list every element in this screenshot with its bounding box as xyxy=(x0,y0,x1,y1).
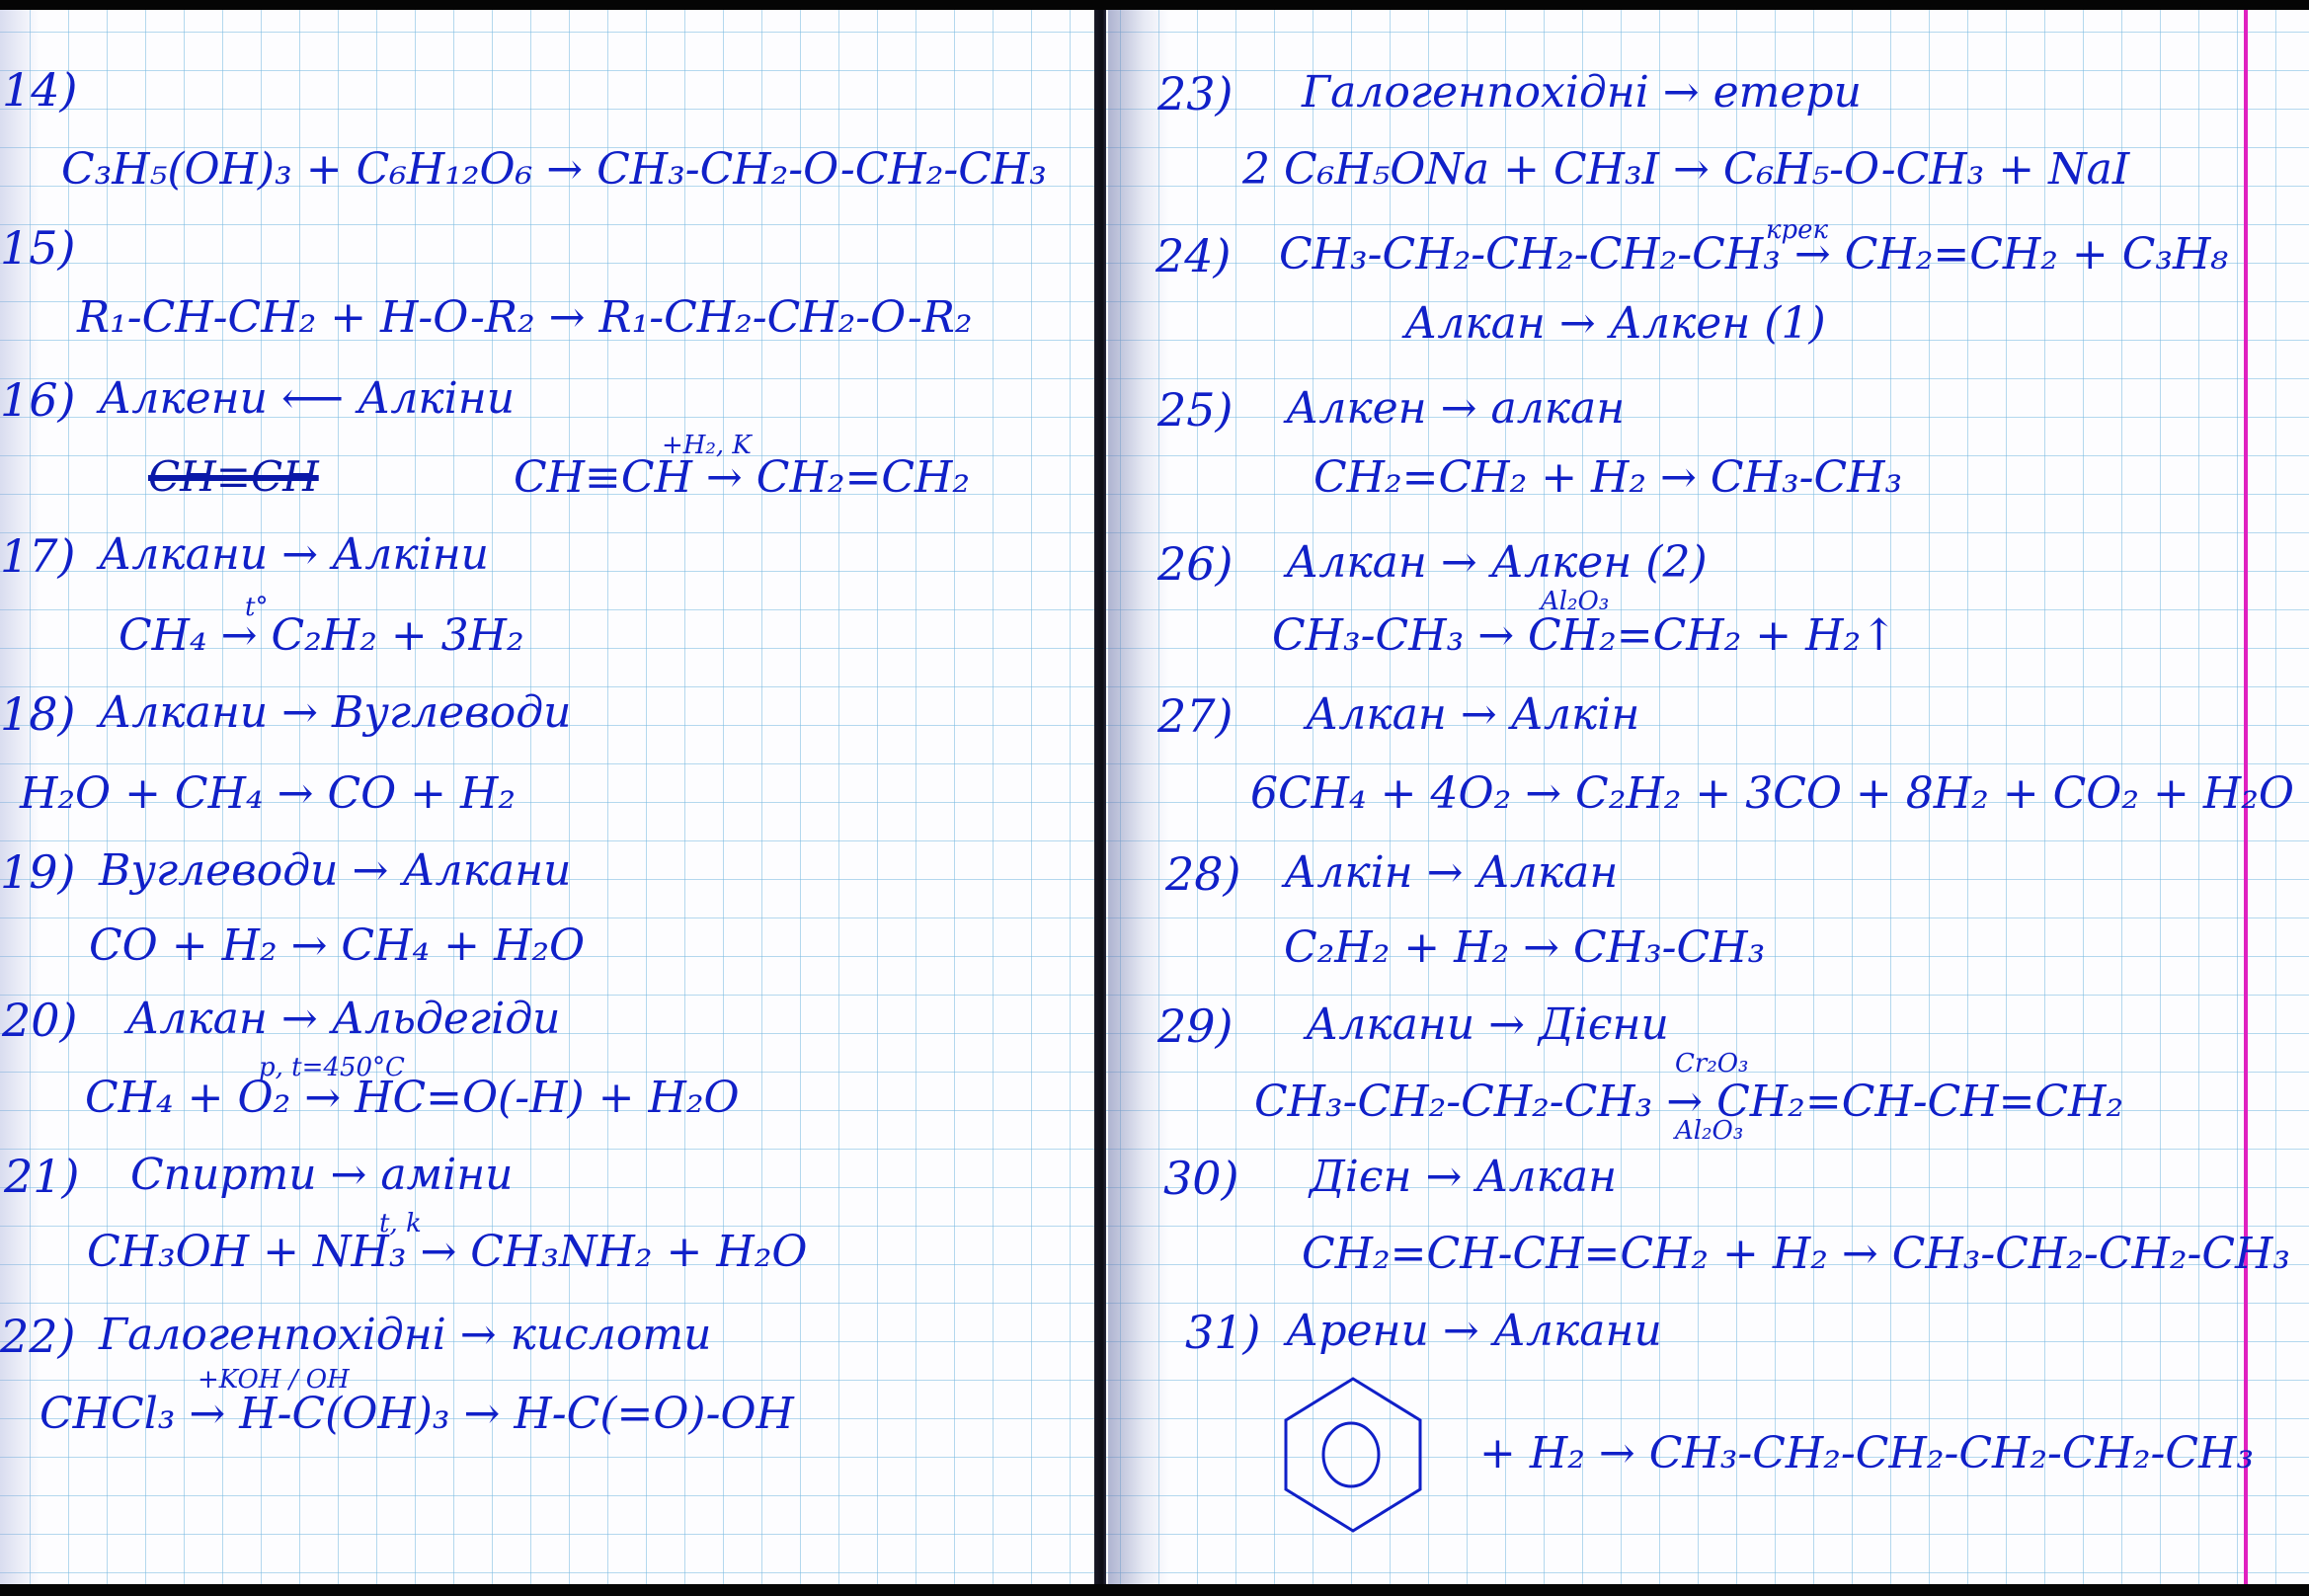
entry-equation: CHCl₃ → H-C(OH)₃ → H-C(=O)-OH xyxy=(40,1393,794,1436)
entry-number: 16) xyxy=(0,377,75,423)
reaction-condition: t° xyxy=(245,595,268,620)
reaction-condition: Cr₂O₃ xyxy=(1675,1051,1748,1077)
entry-heading: Алкани → Дієни xyxy=(1306,1003,1669,1047)
entry-equation: H₂O + CH₄ → CO + H₂ xyxy=(20,772,516,816)
entry-equation: CH₄ → C₂H₂ + 3H₂ xyxy=(119,614,524,658)
reaction-condition-below: Al₂O₃ xyxy=(1675,1118,1743,1144)
entry-heading: Алкан → Алкен (2) xyxy=(1286,541,1708,585)
entry-number: 31) xyxy=(1185,1310,1260,1355)
entry-number: 23) xyxy=(1157,71,1233,117)
entry-number: 15) xyxy=(0,225,75,271)
entry-equation: 6CH₄ + 4O₂ → C₂H₂ + 3CO + 8H₂ + CO₂ + H₂… xyxy=(1250,772,2294,816)
reaction-condition: +KOH / OH xyxy=(198,1367,350,1393)
entry-number: 14) xyxy=(2,67,77,113)
entry-equation: C₂H₂ + H₂ → CH₃-CH₃ xyxy=(1284,926,1765,970)
entry-equation: CH₃-CH₂-CH₂-CH₂-CH₃ → CH₂=CH₂ + C₃H₈ xyxy=(1279,233,2228,277)
entry-number: 19) xyxy=(0,849,75,895)
entry-number: 28) xyxy=(1165,851,1240,897)
entry-equation: R₁-CH-CH₂ + H-O-R₂ → R₁-CH₂-CH₂-O-R₂ xyxy=(77,296,973,340)
entry-heading: Алкен → алкан xyxy=(1286,387,1625,431)
entry-number: 26) xyxy=(1157,541,1233,587)
entry-equation: CH₂=CH-CH=CH₂ + H₂ → CH₃-CH₂-CH₂-CH₃ xyxy=(1302,1233,2290,1276)
entry-equation: 2 C₆H₅ONa + CH₃I → C₆H₅-O-CH₃ + NaI xyxy=(1242,148,2129,192)
entry-heading: Алкани → Алкіни xyxy=(99,533,489,577)
reaction-condition: +H₂, K xyxy=(662,433,752,458)
entry-heading: Вуглеводи → Алкани xyxy=(99,849,571,893)
crossed-out-text: CH≡CH xyxy=(148,456,319,498)
benzene-ring-drawing xyxy=(1274,1371,1432,1539)
entry-heading: Алкени ⟵ Алкіни xyxy=(99,377,515,421)
entry-number: 22) xyxy=(0,1314,75,1359)
entry-equation: + H₂ → CH₃-CH₂-CH₂-CH₂-CH₂-CH₃ xyxy=(1479,1432,2254,1476)
entry-heading: Спирти → аміни xyxy=(130,1154,514,1197)
entry-heading: Алкан → Алкін xyxy=(1306,693,1639,737)
entry-equation: C₃H₅(OH)₃ + C₆H₁₂O₆ → CH₃-CH₂-O-CH₂-CH₃ xyxy=(61,148,1047,192)
reaction-condition: t, k xyxy=(379,1211,422,1237)
entry-equation: CH₃OH + NH₃ → CH₃NH₂ + H₂O xyxy=(87,1231,807,1274)
entry-heading: Алкін → Алкан xyxy=(1284,851,1618,895)
entry-heading: Дієн → Алкан xyxy=(1310,1156,1617,1199)
entry-subheading: Алкан → Алкен (1) xyxy=(1404,302,1826,346)
entry-number: 27) xyxy=(1157,693,1233,739)
entry-number: 20) xyxy=(2,997,77,1043)
entry-equation: CH₂=CH₂ + H₂ → CH₃-CH₃ xyxy=(1314,456,1902,500)
entry-number: 18) xyxy=(0,691,75,737)
entry-number: 21) xyxy=(4,1154,79,1199)
entry-number: 25) xyxy=(1157,387,1233,433)
entry-heading: Алкан → Альдегіди xyxy=(126,997,560,1041)
entry-equation: CH≡CH → CH₂=CH₂ xyxy=(514,456,970,500)
scan-bottom-edge xyxy=(0,1584,2309,1596)
scan-top-edge xyxy=(0,0,2309,10)
entry-heading: Арени → Алкани xyxy=(1286,1310,1662,1353)
entry-equation: CH₃-CH₃ → CH₂=CH₂ + H₂↑ xyxy=(1272,614,1897,658)
entry-heading: Галогенпохідні → кислоти xyxy=(99,1314,711,1357)
reaction-condition: Al₂O₃ xyxy=(1541,589,1609,614)
notebook-scan: 14) C₃H₅(OH)₃ + C₆H₁₂O₆ → CH₃-CH₂-O-CH₂-… xyxy=(0,0,2309,1596)
reaction-condition: p, t=450°C xyxy=(259,1055,405,1080)
entry-number: 24) xyxy=(1155,233,1231,279)
entry-heading: Алкани → Вуглеводи xyxy=(99,691,571,735)
reaction-condition: крек xyxy=(1766,217,1828,243)
entry-number: 30) xyxy=(1163,1156,1238,1201)
entry-number: 17) xyxy=(0,533,75,579)
entry-heading: Галогенпохідні → етери xyxy=(1302,71,1862,115)
entry-equation: CH₄ + O₂ → HC=O(-H) + H₂O xyxy=(85,1077,740,1120)
entry-equation: CO + H₂ → CH₄ + H₂O xyxy=(89,924,585,968)
entry-number: 29) xyxy=(1157,1003,1233,1049)
